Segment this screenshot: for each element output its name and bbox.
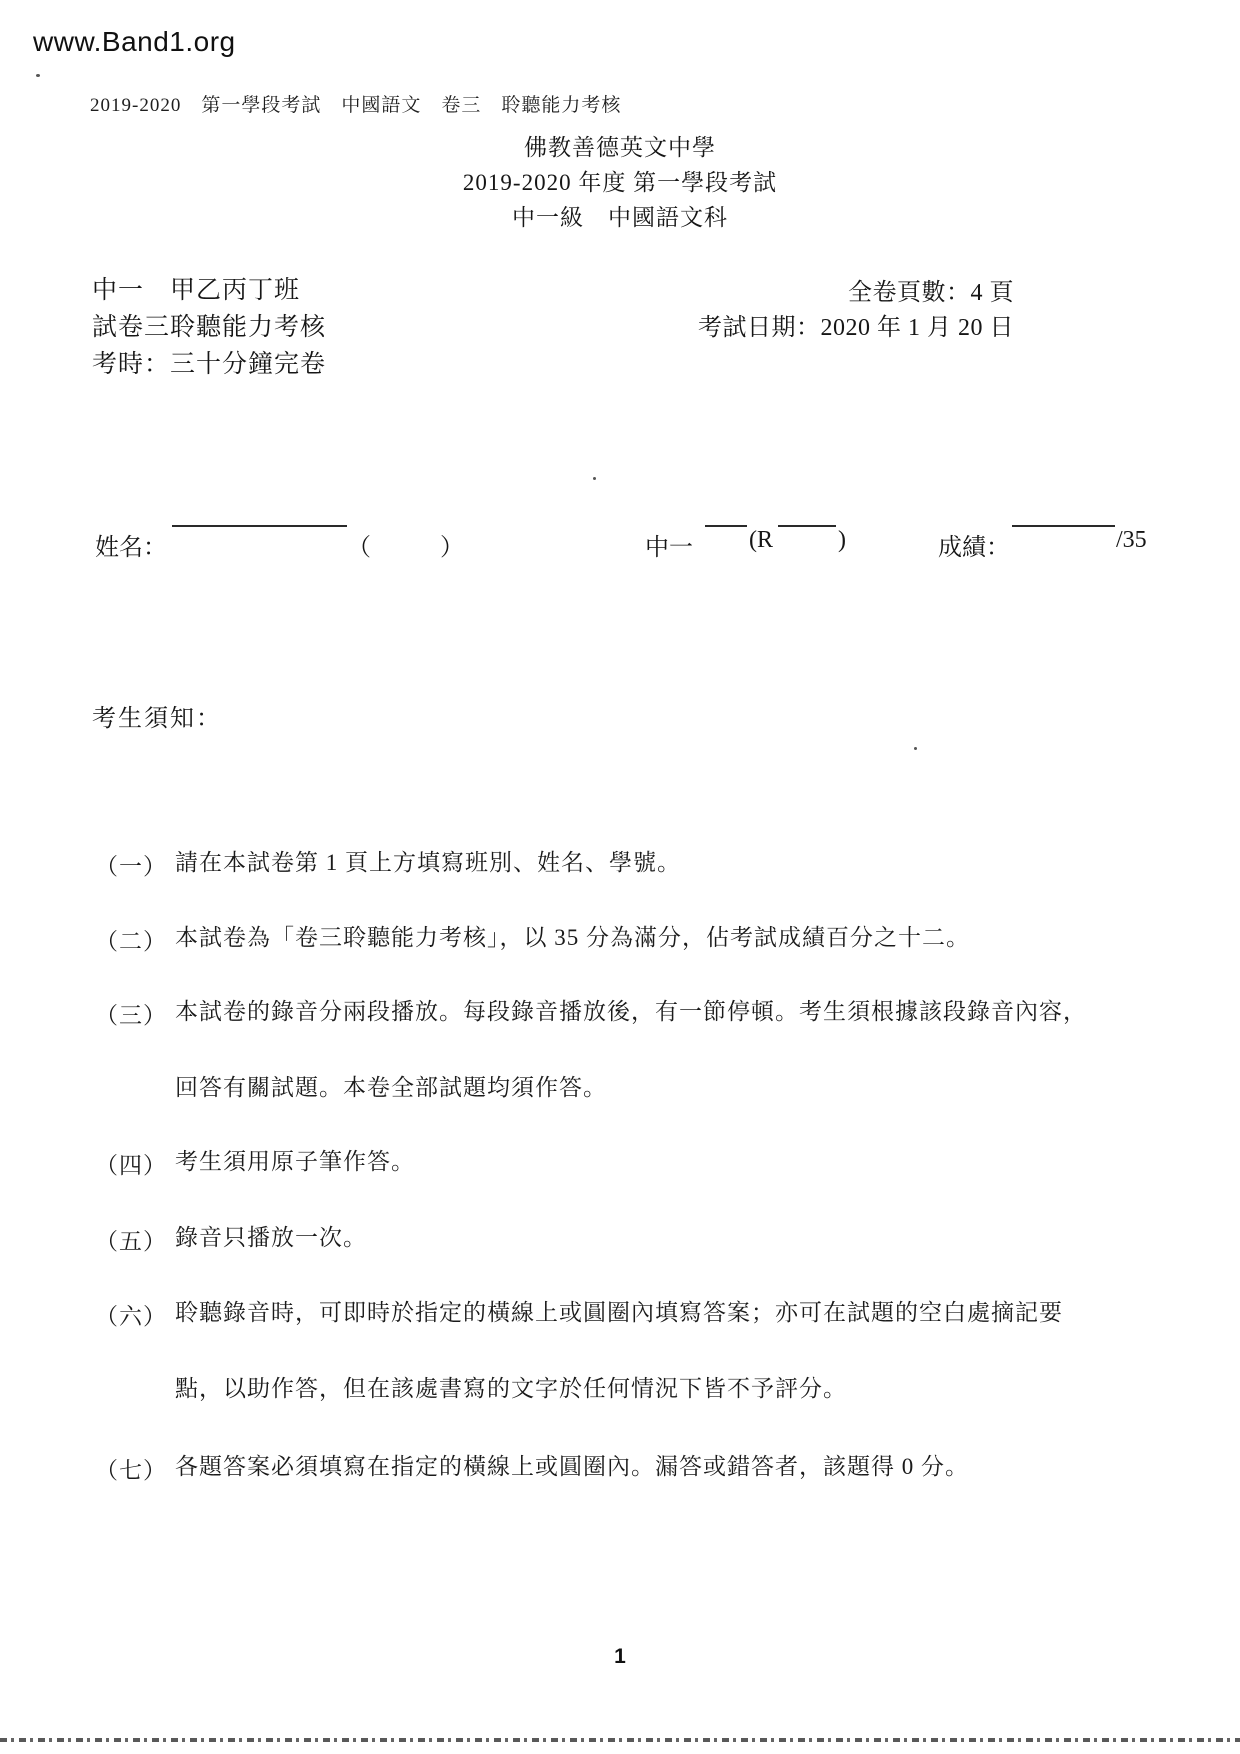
note-text: 聆聽錄音時，可即時於指定的橫線上或圓圈內填寫答案；亦可在試題的空白處摘記要 [175, 1298, 1063, 1328]
note-item-7: （七） 各題答案必須填寫在指定的橫線上或圓圈內。漏答或錯答者，該題得 0 分。 [95, 1452, 969, 1485]
exam-year-title: 2019-2020 年度 第一學段考試 [0, 165, 1240, 200]
note-text-continued: 點，以助作答，但在該處書寫的文字於任何情況下皆不予評分。 [175, 1374, 1063, 1404]
class-label: 中一 [645, 527, 693, 562]
student-info-row: 姓名： （ ） 中一 (R ) 成績： /35 [0, 527, 1240, 567]
exam-info-right: 全卷頁數：4 頁 考試日期：2020 年 1 月 20 日 [698, 276, 1014, 346]
scan-artifact-line [0, 1738, 1240, 1742]
class-r-close: ) [838, 527, 846, 554]
note-number: （四） [95, 1147, 175, 1180]
name-paren-close: ） [440, 527, 464, 562]
scanned-exam-page: www.Band1.org 2019-2020 第一學段考試 中國語文 卷三 聆… [0, 0, 1240, 1754]
score-blank-line [1012, 525, 1115, 527]
class-subject-title: 中一級 中國語文科 [0, 200, 1240, 235]
note-item-2: （二） 本試卷為「卷三聆聽能力考核」，以 35 分為滿分，佔考試成績百分之十二。 [95, 923, 970, 956]
page-number: 1 [0, 1645, 1240, 1669]
note-text: 考生須用原子筆作答。 [175, 1147, 415, 1177]
running-header: 2019-2020 第一學段考試 中國語文 卷三 聆聽能力考核 [90, 90, 621, 117]
score-total: /35 [1116, 527, 1147, 554]
note-item-4: （四） 考生須用原子筆作答。 [95, 1147, 415, 1180]
note-number: （三） [95, 997, 175, 1030]
scan-speckle [36, 74, 40, 77]
name-label: 姓名： [95, 527, 167, 562]
note-number: （二） [95, 923, 175, 956]
note-number: （七） [95, 1452, 175, 1485]
note-number: （六） [95, 1298, 175, 1331]
note-number: （一） [95, 848, 175, 881]
school-name: 佛教善德英文中學 [0, 130, 1240, 165]
note-text: 本試卷的錄音分兩段播放。每段錄音播放後，有一節停頓。考生須根據該段錄音內容， [175, 997, 1087, 1027]
class-groups: 中一 甲乙丙丁班 [92, 272, 326, 309]
note-number: （五） [95, 1223, 175, 1256]
watermark-band1: www.Band1.org [33, 26, 236, 58]
class-number-blank-line [778, 525, 836, 527]
total-pages: 全卷頁數：4 頁 [698, 276, 1014, 311]
note-text-continued: 回答有關試題。本卷全部試題均須作答。 [175, 1073, 1087, 1103]
exam-duration: 考時：三十分鐘完卷 [92, 346, 326, 383]
name-paren-open: （ [347, 527, 371, 562]
note-item-5: （五） 錄音只播放一次。 [95, 1223, 367, 1256]
note-text: 錄音只播放一次。 [175, 1223, 367, 1253]
exam-info-left: 中一 甲乙丙丁班 試卷三聆聽能力考核 考時：三十分鐘完卷 [92, 272, 326, 383]
exam-date: 考試日期：2020 年 1 月 20 日 [698, 311, 1014, 346]
note-text: 各題答案必須填寫在指定的橫線上或圓圈內。漏答或錯答者，該題得 0 分。 [175, 1452, 969, 1482]
notes-heading: 考生須知： [92, 698, 222, 733]
class-r-open: (R [749, 527, 773, 554]
note-item-3: （三） 本試卷的錄音分兩段播放。每段錄音播放後，有一節停頓。考生須根據該段錄音內… [95, 997, 1087, 1103]
paper-name: 試卷三聆聽能力考核 [92, 309, 326, 346]
name-blank-line [172, 525, 347, 527]
title-block: 佛教善德英文中學 2019-2020 年度 第一學段考試 中一級 中國語文科 [0, 130, 1240, 235]
class-blank-line [705, 525, 747, 527]
note-item-1: （一） 請在本試卷第 1 頁上方填寫班別、姓名、學號。 [95, 848, 681, 881]
scan-speckle [593, 477, 596, 480]
score-label: 成績： [938, 527, 1010, 562]
note-item-6: （六） 聆聽錄音時，可即時於指定的橫線上或圓圈內填寫答案；亦可在試題的空白處摘記… [95, 1298, 1063, 1404]
note-text: 本試卷為「卷三聆聽能力考核」，以 35 分為滿分，佔考試成績百分之十二。 [175, 923, 970, 953]
scan-speckle [914, 747, 917, 750]
note-text: 請在本試卷第 1 頁上方填寫班別、姓名、學號。 [175, 848, 681, 878]
